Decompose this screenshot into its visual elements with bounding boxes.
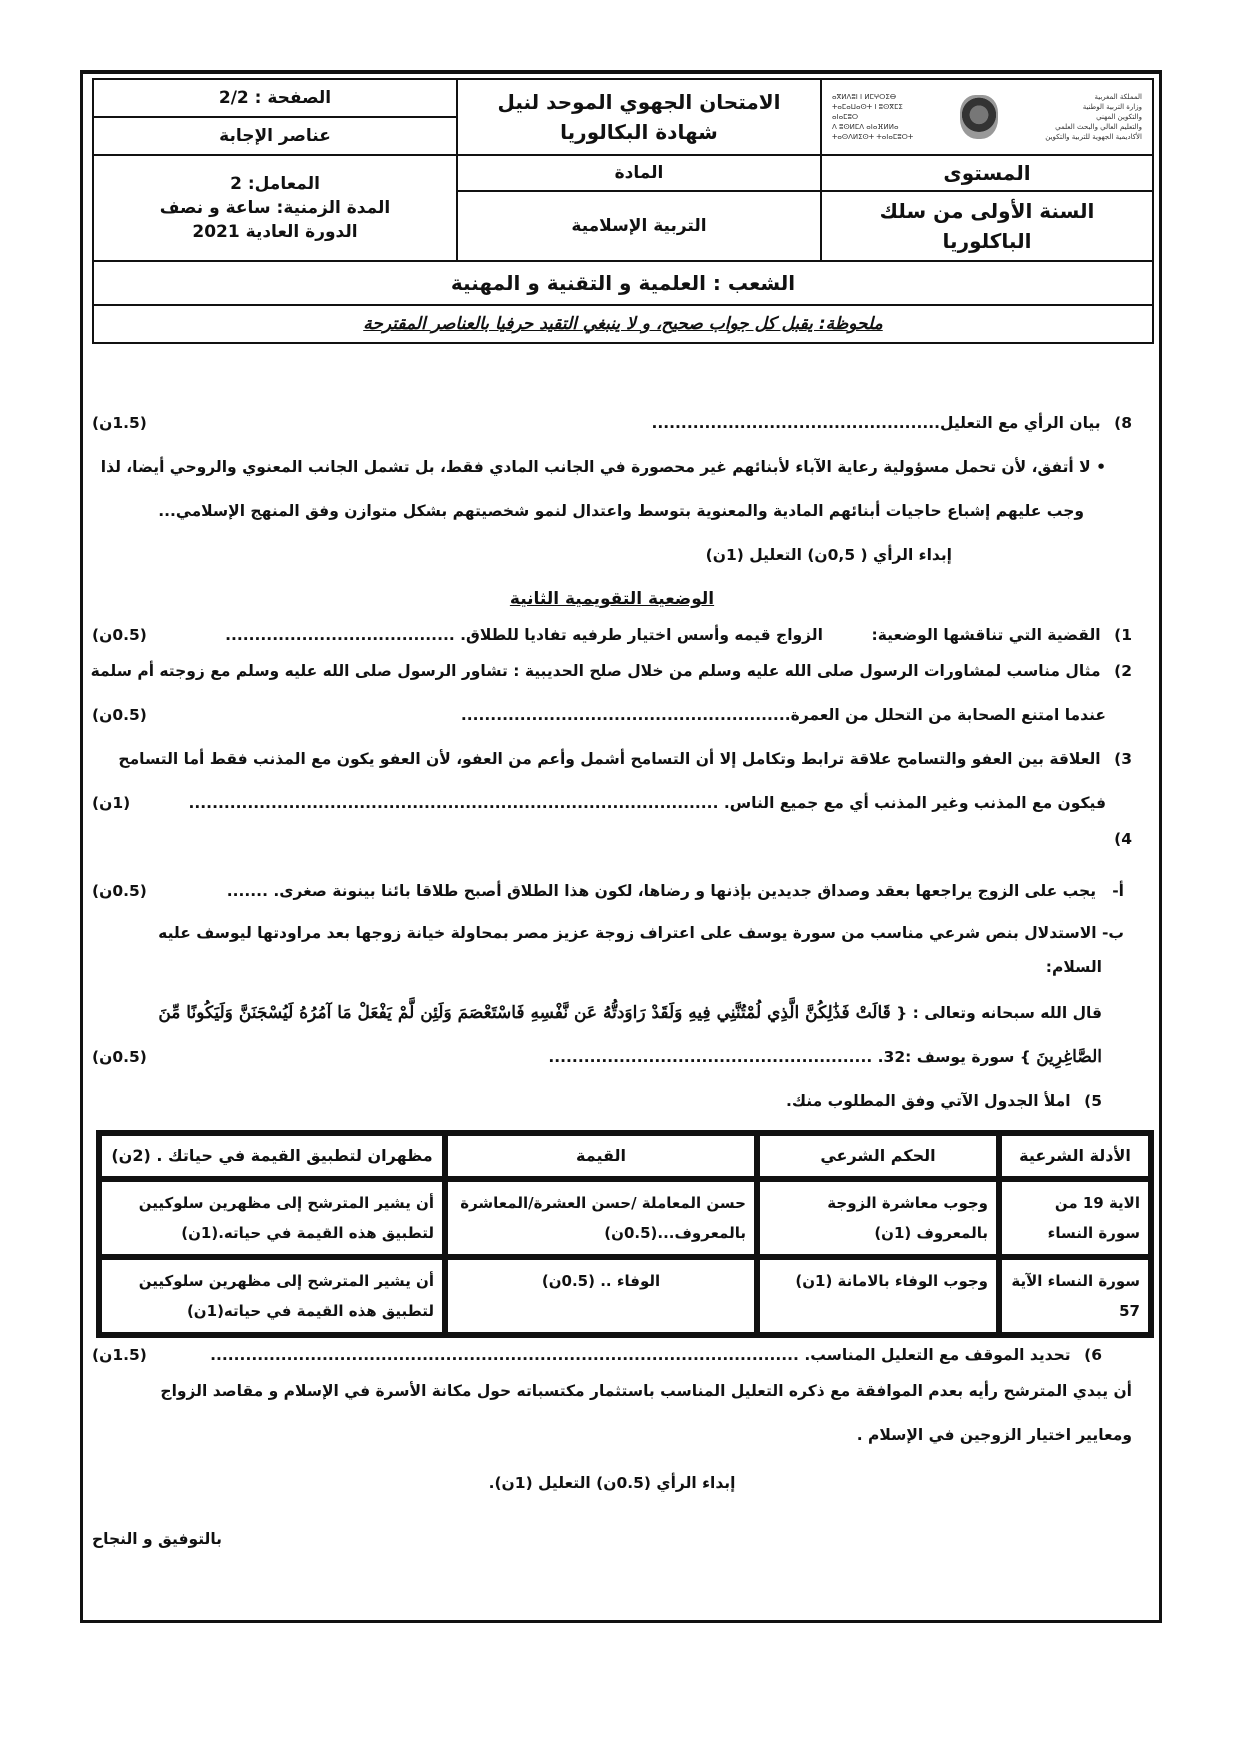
answer-text: الزواج قيمه وأسس اختيار طرفيه تفاديا للط…	[460, 626, 823, 644]
answer-text: مثال مناسب لمشاورات الرسول صلى الله عليه…	[91, 662, 1101, 680]
table-row: سورة النساء الآية 57 وجوب الوفاء بالامان…	[99, 1257, 1151, 1335]
level-value: السنة الأولى من سلك الباكلوريا	[821, 191, 1153, 261]
points: (0.5ن)	[92, 1046, 147, 1068]
table-cell: الاية 19 من سورة النساء	[999, 1179, 1151, 1257]
bullet-icon: •	[1096, 458, 1106, 476]
answer-text: لا أتفق، لأن تحمل مسؤولية رعاية الآباء ل…	[101, 458, 1091, 476]
answer-table: الأدلة الشرعية الحكم الشرعي القيمة مظهرا…	[96, 1130, 1154, 1338]
table-cell: حسن المعاملة /حسن العشرة/المعاشرة بالمعر…	[445, 1179, 757, 1257]
column-header: الأدلة الشرعية	[999, 1133, 1151, 1179]
exam-title: الامتحان الجهوي الموحد لنيل شهادة البكال…	[457, 79, 821, 155]
answer-text: أن يبدي المترشح رأيه بعدم الموافقة مع ذك…	[92, 1380, 1132, 1402]
answer-text: الاستدلال بنص شرعي مناسب من سورة يوسف عل…	[158, 924, 1096, 942]
page-number: الصفحة : 2/2	[93, 79, 457, 117]
question-prompt: القضية التي تناقشها الوضعية:	[872, 626, 1101, 644]
answer-text: يجب على الزوج يراجعها بعقد وصداق جديدين …	[273, 882, 1096, 900]
points: (1.5ن)	[92, 1344, 147, 1366]
table-cell: وجوب معاشرة الزوجة بالمعروف (1ن)	[757, 1179, 999, 1257]
points: (0.5ن)	[92, 880, 147, 902]
arabic-ministry-text: المملكة المغربية وزارة التربية الوطنية و…	[1045, 92, 1142, 142]
sub-label-b: ب-	[1102, 924, 1124, 942]
answer-text: عندما امتنع الصحابة من التحلل من العمرة.	[785, 706, 1106, 724]
quran-verse-end: الصَّاغِرِينَ	[1036, 1047, 1102, 1067]
track-label: الشعب : العلمية و التقنية و المهنية	[93, 261, 1153, 305]
subject-value: التربية الإسلامية	[457, 191, 821, 261]
points: (0.5ن)	[92, 704, 147, 726]
quran-verse: قال الله سبحانه وتعالى : { قَالَتْ فَذَٰ…	[92, 1002, 1102, 1024]
closing-message: بالتوفيق و النجاح	[92, 1528, 222, 1550]
points: (0.5ن)	[92, 624, 147, 646]
grading-note: ملحوظة: يقبل كل جواب صحيح، و لا ينبغي ال…	[93, 305, 1153, 343]
table-cell: وجوب الوفاء بالامانة (1ن)	[757, 1257, 999, 1335]
answer-text: وجب عليهم إشباع حاجيات أبنائهم المادية و…	[92, 500, 1084, 522]
table-header-row: الأدلة الشرعية الحكم الشرعي القيمة مظهرا…	[99, 1133, 1151, 1179]
sub-label-a: أ-	[1112, 882, 1124, 900]
answer-text: فيكون مع المذنب وغير المذنب أي مع جميع ا…	[724, 794, 1106, 812]
column-header: القيمة	[445, 1133, 757, 1179]
grading-scheme: إبداء الرأي ( 0,5ن) التعليل (1ن)	[92, 544, 952, 566]
column-header: الحكم الشرعي	[757, 1133, 999, 1179]
answer-text: العلاقة بين العفو والتسامح علاقة ترابط و…	[118, 750, 1100, 768]
table-cell: أن يشير المترشح إلى مظهرين سلوكيين لتطبي…	[99, 1257, 445, 1335]
question-prompt: املأ الجدول الآتي وفق المطلوب منك.	[786, 1092, 1071, 1110]
level-label: المستوى	[821, 155, 1153, 191]
table-cell: الوفاء .. (0.5ن)	[445, 1257, 757, 1335]
coat-of-arms-icon	[960, 95, 998, 139]
question-prompt: بيان الرأي مع التعليل	[940, 414, 1101, 432]
grading-scheme: إبداء الرأي (0.5ن) التعليل (1ن).	[92, 1472, 1132, 1494]
logo-cell: ⴰⴳⵍⴷⵓⵏ ⵏ ⵍⵎⵖⵔⵉⴱ ⵜⴰⵎⴰⵡⴰⵙⵜ ⵏ ⵓⵙⴳⵎⵉ ⴰⵏⴰⵎⵓⵔ …	[821, 79, 1153, 155]
section-title: الوضعية التقويمية الثانية	[92, 588, 1132, 610]
answer-text: ومعايير اختيار الزوجين في الإسلام .	[92, 1424, 1132, 1446]
exam-header: ⴰⴳⵍⴷⵓⵏ ⵏ ⵍⵎⵖⵔⵉⴱ ⵜⴰⵎⴰⵡⴰⵙⵜ ⵏ ⵓⵙⴳⵎⵉ ⴰⵏⴰⵎⵓⵔ …	[92, 78, 1154, 344]
subject-label: المادة	[457, 155, 821, 191]
points: (1.5ن)	[92, 412, 147, 434]
table-cell: سورة النساء الآية 57	[999, 1257, 1151, 1335]
table-cell: أن يشير المترشح إلى مظهرين سلوكيين لتطبي…	[99, 1179, 445, 1257]
answer-text: السلام:	[92, 956, 1102, 978]
answer-elements-label: عناصر الإجابة	[93, 117, 457, 155]
column-header: مظهران لتطبيق القيمة في حياتك . (2ن)	[99, 1133, 445, 1179]
exam-meta: المعامل: 2 المدة الزمنية: ساعة و نصف الد…	[93, 155, 457, 261]
question-prompt: تحديد الموقف مع التعليل المناسب.	[804, 1346, 1070, 1364]
tifinagh-ministry-text: ⴰⴳⵍⴷⵓⵏ ⵏ ⵍⵎⵖⵔⵉⴱ ⵜⴰⵎⴰⵡⴰⵙⵜ ⵏ ⵓⵙⴳⵎⵉ ⴰⵏⴰⵎⵓⵔ …	[832, 92, 913, 142]
table-row: الاية 19 من سورة النساء وجوب معاشرة الزو…	[99, 1179, 1151, 1257]
points: (1ن)	[92, 792, 130, 814]
verse-reference: } سورة يوسف :32.	[878, 1048, 1031, 1066]
